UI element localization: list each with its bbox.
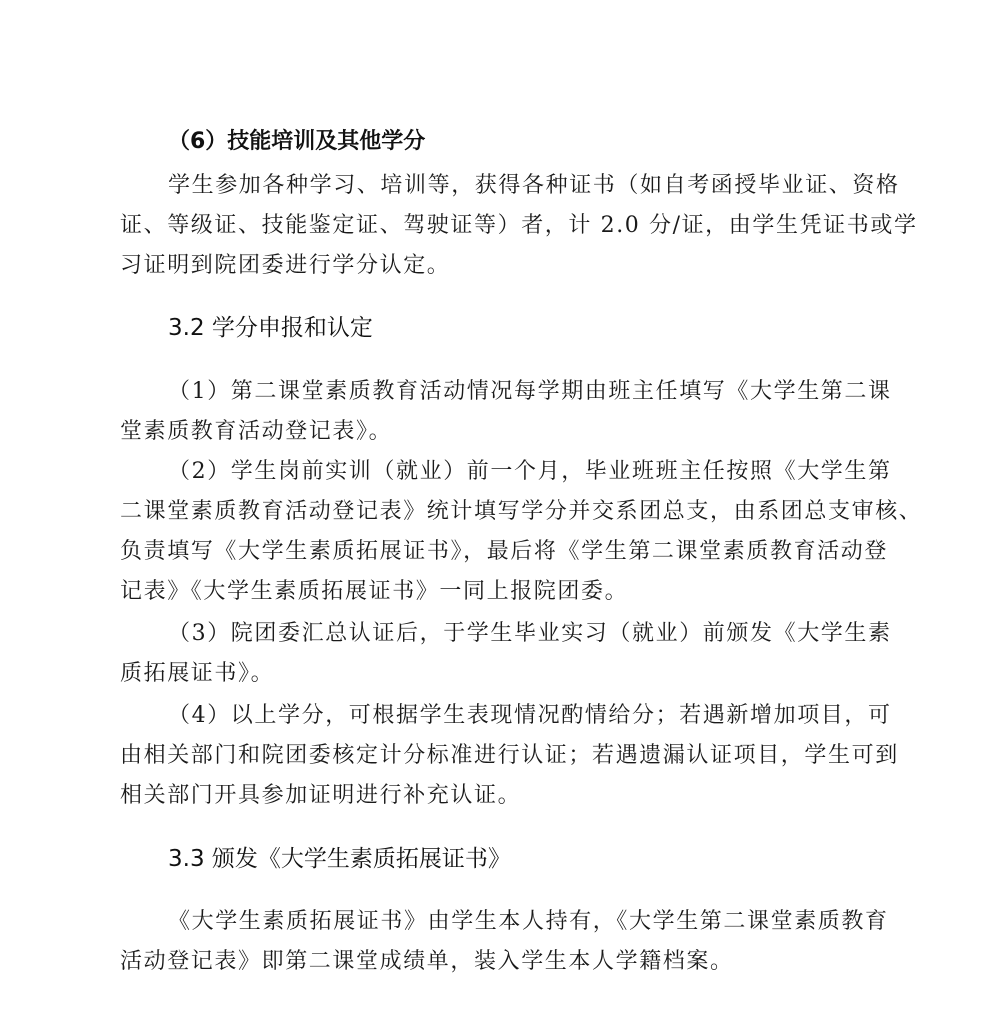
paragraph-line: （4）以上学分，可根据学生表现情况酌情给分；若遇新增加项目，可 — [168, 702, 888, 730]
paragraph-line: 质拓展证书》。 — [120, 660, 888, 688]
paragraph-line: 学生参加各种学习、培训等，获得各种证书（如自考函授毕业证、资格 — [168, 172, 888, 200]
paragraph-line: （2）学生岗前实训（就业）前一个月，毕业班班主任按照《大学生第 — [168, 458, 888, 486]
paragraph-line: 负责填写《大学生素质拓展证书》，最后将《学生第二课堂素质教育活动登 — [120, 538, 888, 566]
paragraph-line: 活动登记表》即第二课堂成绩单，装入学生本人学籍档案。 — [120, 948, 888, 976]
document-page: （6）技能培训及其他学分 学生参加各种学习、培训等，获得各种证书（如自考函授毕业… — [0, 0, 1000, 1011]
paragraph-line: 相关部门开具参加证明进行补充认证。 — [120, 782, 888, 810]
paragraph-line: 证、等级证、技能鉴定证、驾驶证等）者，计 2.0 分/证，由学生凭证书或学 — [120, 212, 888, 240]
paragraph-line: 堂素质教育活动登记表》。 — [120, 418, 888, 446]
section-heading-3-2: 3.2 学分申报和认定 — [168, 314, 373, 342]
paragraph-line: （1）第二课堂素质教育活动情况每学期由班主任填写《大学生第二课 — [168, 378, 888, 406]
paragraph-line: 二课堂素质教育活动登记表》统计填写学分并交系团总支，由系团总支审核、 — [120, 498, 888, 526]
paragraph-line: 习证明到院团委进行学分认定。 — [120, 252, 888, 280]
subheading-skills-training: （6）技能培训及其他学分 — [168, 128, 425, 156]
paragraph-line: （3）院团委汇总认证后，于学生毕业实习（就业）前颁发《大学生素 — [168, 620, 888, 648]
paragraph-line: 《大学生素质拓展证书》由学生本人持有，《大学生第二课堂素质教育 — [168, 908, 888, 936]
paragraph-line: 记表》《大学生素质拓展证书》一同上报院团委。 — [120, 578, 888, 606]
section-heading-3-3: 3.3 颁发《大学生素质拓展证书》 — [168, 845, 511, 873]
paragraph-line: 由相关部门和院团委核定计分标准进行认证；若遇遗漏认证项目，学生可到 — [120, 742, 888, 770]
